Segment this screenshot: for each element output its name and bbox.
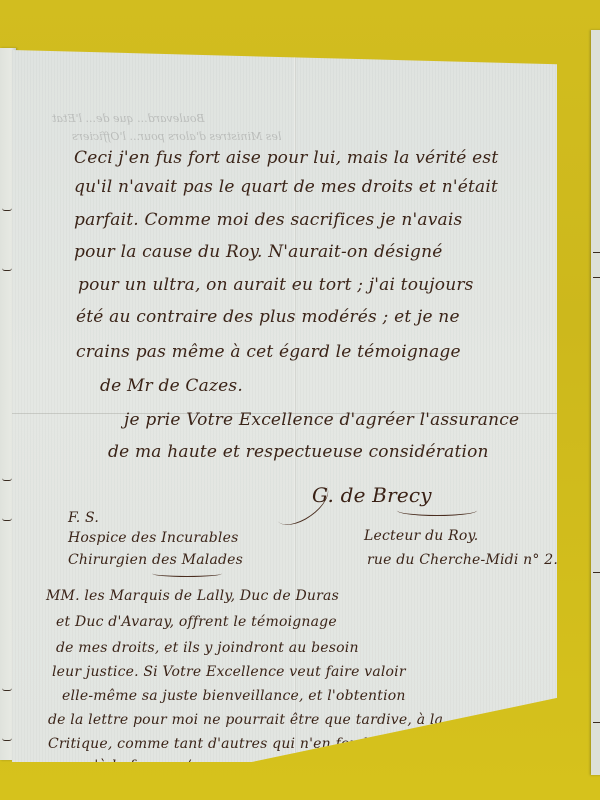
side-note-underline	[152, 570, 222, 577]
postscript-line: MM. les Marquis de Lally, Duc de Duras	[46, 588, 339, 604]
ink-stroke	[2, 738, 12, 741]
letter-body-line: parfait. Comme moi des sacrifices je n'a…	[74, 210, 462, 230]
ink-stroke	[2, 478, 12, 481]
ink-stroke	[593, 250, 600, 253]
ink-stroke	[593, 720, 600, 723]
letter-body-line: pour la cause du Roy. N'aurait-on désign…	[74, 242, 442, 262]
ink-stroke	[2, 688, 12, 691]
postscript-line: leur justice. Si Votre Excellence veut f…	[52, 664, 406, 680]
ink-stroke	[2, 268, 12, 271]
signature: G. de Brecy	[312, 483, 432, 507]
postscript-line: de mes droits, et ils y joindront au bes…	[56, 640, 359, 656]
closing-line: je prie Votre Excellence d'agréer l'assu…	[124, 410, 519, 430]
side-note-line: Chirurgien des Malades	[68, 552, 243, 568]
signature-underline	[397, 505, 477, 516]
signature-address: rue du Cherche-Midi n° 2.	[367, 552, 558, 568]
postscript-line: elle-même sa juste bienveillance, et l'o…	[62, 688, 406, 704]
postscript-line: de la lettre pour moi ne pourrait être q…	[48, 712, 443, 728]
letter-body-line: été au contraire des plus modérés ; et j…	[76, 307, 460, 327]
side-note-line: Hospice des Incurables	[68, 530, 238, 546]
ink-stroke	[593, 570, 600, 573]
letter-body-line: crains pas même à cet égard le témoignag…	[76, 342, 461, 362]
signature-title: Lecteur du Roy.	[364, 528, 478, 544]
closing-line: de ma haute et respectueuse considératio…	[108, 442, 489, 462]
letter-sheet: Boulevard... que de... l'Etat les Minist…	[12, 50, 557, 762]
letter-body-line: pour un ultra, on aurait eu tort ; j'ai …	[78, 275, 474, 295]
letter-body-line: qu'il n'avait pas le quart de mes droits…	[74, 177, 498, 197]
postscript-line: et Duc d'Avaray, offrent le témoignage	[56, 614, 337, 630]
side-note-initials: F. S.	[68, 510, 99, 526]
ink-stroke	[2, 208, 12, 211]
ink-stroke	[2, 518, 12, 521]
ink-stroke	[593, 275, 600, 278]
bleed-through-text: Boulevard... que de... l'Etat	[52, 112, 205, 125]
letter-body-line: de Mr de Cazes.	[100, 376, 243, 396]
adjacent-page-right	[591, 30, 600, 775]
bleed-through-text: les Ministres d'alors pour... l'Officier…	[72, 130, 281, 143]
letter-body-line: Ceci j'en fus fort aise pour lui, mais l…	[74, 148, 498, 168]
